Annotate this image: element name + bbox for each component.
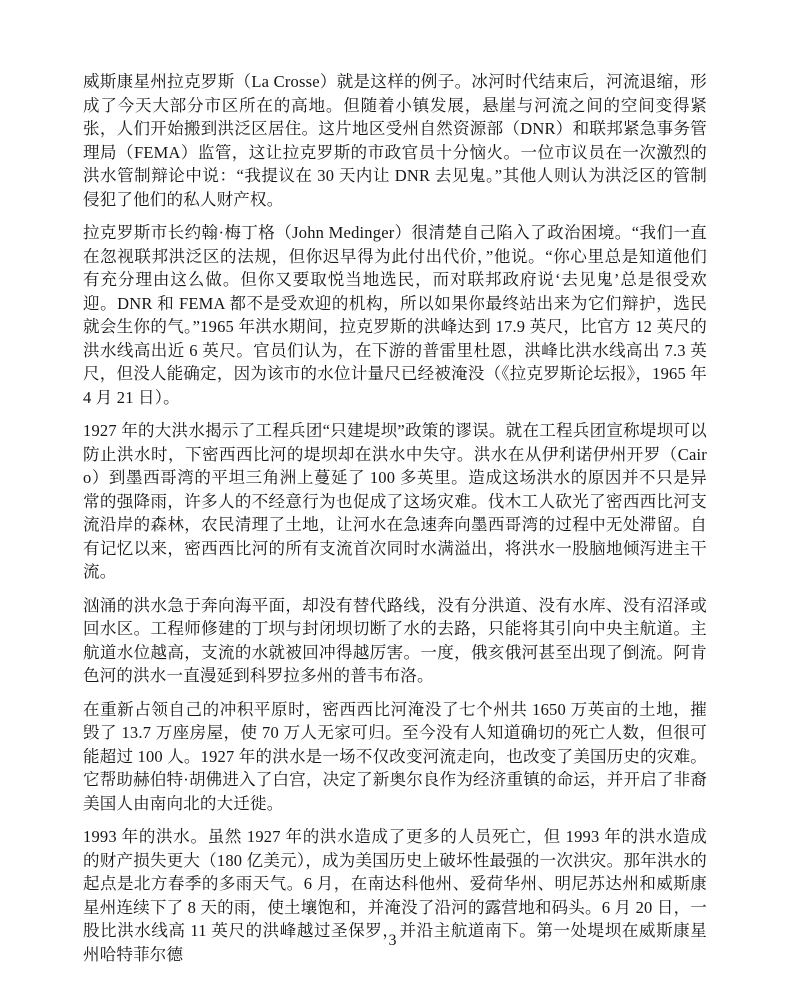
text-block: 威斯康星州拉克罗斯（La Crosse）就是这样的例子。冰河时代结束后，河流退缩… bbox=[83, 70, 707, 976]
body-paragraph: 拉克罗斯市长约翰·梅丁格（John Medinger）很清楚自己陷入了政治困境。… bbox=[83, 221, 707, 409]
page-number: 3 bbox=[0, 930, 785, 952]
body-paragraph: 1927 年的大洪水揭示了工程兵团“只建堤坝”政策的谬误。就在工程兵团宣称堤坝可… bbox=[83, 419, 707, 584]
body-paragraph: 在重新占领自己的冲积平原时，密西西比河淹没了七个州共 1650 万英亩的土地，摧… bbox=[83, 698, 707, 816]
body-paragraph: 汹涌的洪水急于奔向海平面，却没有替代路线，没有分洪道、没有水库、没有沼泽或回水区… bbox=[83, 594, 707, 688]
body-paragraph: 威斯康星州拉克罗斯（La Crosse）就是这样的例子。冰河时代结束后，河流退缩… bbox=[83, 70, 707, 211]
document-page: 威斯康星州拉克罗斯（La Crosse）就是这样的例子。冰河时代结束后，河流退缩… bbox=[0, 0, 785, 1000]
